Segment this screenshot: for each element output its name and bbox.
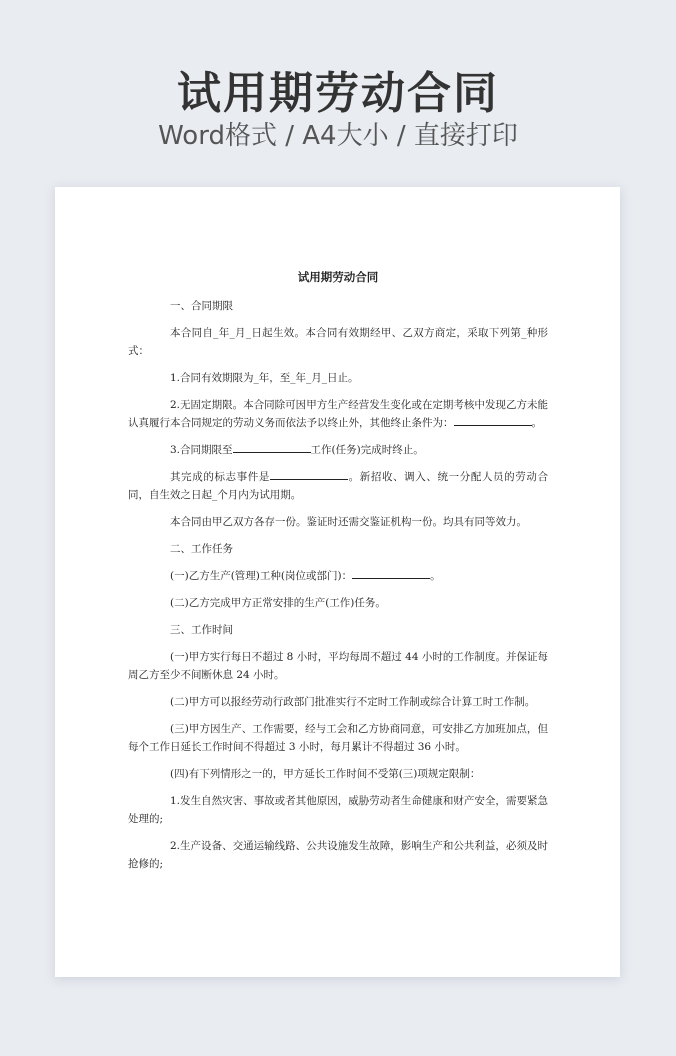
paragraph: 1.发生自然灾害、事故或者其他原因，威胁劳动者生命健康和财产安全，需要紧急处理的…: [128, 792, 548, 828]
paragraph: 2.无固定期限。本合同除可因甲方生产经营发生变化或在定期考核中发现乙方未能认真履…: [128, 396, 548, 432]
section-heading: 三、工作时间: [128, 621, 548, 639]
document-body: 试用期劳动合同 一、合同期限 本合同自_年_月_日起生效。本合同有效期经甲、乙双…: [128, 269, 548, 882]
document-page: 试用期劳动合同 一、合同期限 本合同自_年_月_日起生效。本合同有效期经甲、乙双…: [55, 187, 620, 977]
document-title: 试用期劳动合同: [128, 269, 548, 285]
fill-in-blank[interactable]: [454, 415, 532, 426]
fill-in-blank[interactable]: [233, 442, 311, 453]
paragraph: (三)甲方因生产、工作需要，经与工会和乙方协商同意，可安排乙方加班加点，但每个工…: [128, 720, 548, 756]
banner-subtitle: Word格式 / A4大小 / 直接打印: [0, 118, 676, 154]
banner-title: 试用期劳动合同: [0, 66, 676, 122]
fill-in-blank[interactable]: [270, 469, 348, 480]
paragraph: (四)有下列情形之一的，甲方延长工作时间不受第(三)项规定限制：: [128, 765, 548, 783]
paragraph: (一)甲方实行每日不超过 8 小时，平均每周不超过 44 小时的工作制度。并保证…: [128, 648, 548, 684]
section-heading: 二、工作任务: [128, 540, 548, 558]
paragraph: (一)乙方生产(管理)工种(岗位或部门)：。: [128, 567, 548, 585]
paragraph: 1.合同有效期限为_年，至_年_月_日止。: [128, 369, 548, 387]
paragraph: 2.生产设备、交通运输线路、公共设施发生故障，影响生产和公共利益，必须及时抢修的…: [128, 837, 548, 873]
paragraph: 其完成的标志事件是。新招收、调入、统一分配人员的劳动合同，自生效之日起_个月内为…: [128, 468, 548, 504]
paragraph: (二)乙方完成甲方正常安排的生产(工作)任务。: [128, 594, 548, 612]
section-heading: 一、合同期限: [128, 297, 548, 315]
paragraph: (二)甲方可以报经劳动行政部门批准实行不定时工作制或综合计算工时工作制。: [128, 693, 548, 711]
paragraph: 本合同自_年_月_日起生效。本合同有效期经甲、乙双方商定，采取下列第_种形式：: [128, 324, 548, 360]
paragraph: 3.合同期限至工作(任务)完成时终止。: [128, 441, 548, 459]
fill-in-blank[interactable]: [352, 568, 430, 579]
paragraph: 本合同由甲乙双方各存一份。鉴证时还需交鉴证机构一份。均具有同等效力。: [128, 513, 548, 531]
